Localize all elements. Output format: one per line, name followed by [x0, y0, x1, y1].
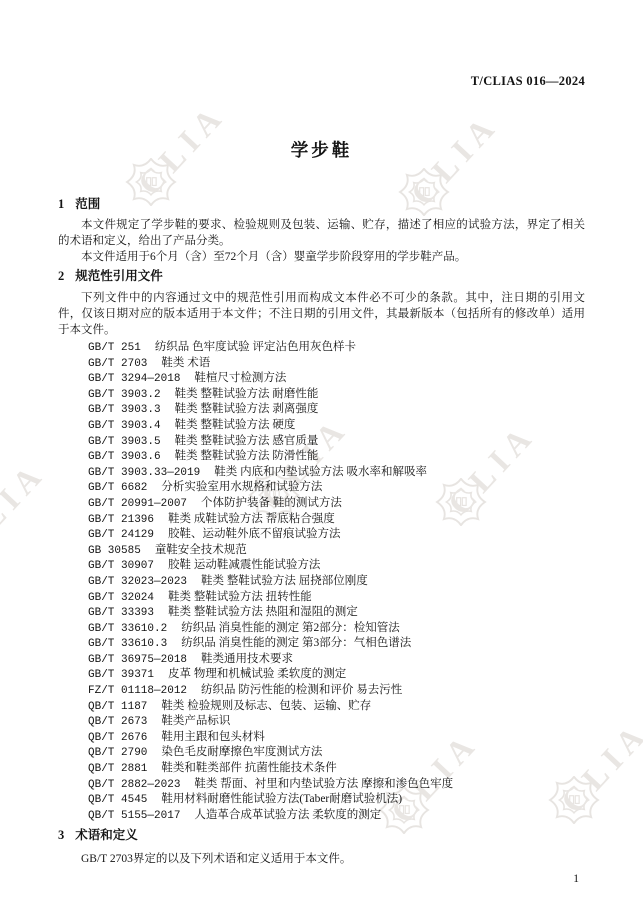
- scope-paragraph-1: 本文件规定了学步鞋的要求、检验规则及包装、运输、贮存，描述了相应的试验方法，界定…: [58, 217, 585, 249]
- reference-title: 人造革合成革试验方法 柔软度的测定: [194, 809, 381, 821]
- reference-item: GB/T 251纺织品 色牢度试验 评定沾色用灰色样卡: [88, 340, 585, 356]
- reference-title: 鞋类通用技术要求: [201, 653, 293, 665]
- reference-code: GB/T 32023—2023: [88, 576, 187, 588]
- section-number: 1: [58, 197, 64, 212]
- document-title: 学步鞋: [58, 139, 585, 161]
- references-list: GB/T 251纺织品 色牢度试验 评定沾色用灰色样卡 GB/T 2703鞋类 …: [58, 340, 585, 823]
- reference-title: 分析实验室用水规格和试验方法: [161, 481, 322, 493]
- reference-code: GB/T 24129: [88, 529, 154, 541]
- reference-code: GB/T 20991—2007: [88, 498, 187, 510]
- reference-item: GB/T 3903.5鞋类 整鞋试验方法 感官质量: [88, 434, 585, 450]
- reference-code: GB/T 3903.4: [88, 420, 161, 432]
- reference-item: GB 30585童鞋安全技术规范: [88, 543, 585, 559]
- reference-item: GB/T 24129胶鞋、运动鞋外底不留痕试验方法: [88, 527, 585, 543]
- reference-code: GB/T 30907: [88, 560, 154, 572]
- reference-code: GB/T 39371: [88, 669, 154, 681]
- section-heading-scope: 1范围: [58, 197, 585, 212]
- section-number: 3: [58, 828, 64, 843]
- reference-title: 鞋类 整鞋试验方法 热阻和湿阻的测定: [168, 606, 358, 618]
- reference-title: 鞋类 术语: [161, 357, 210, 369]
- reference-title: 染色毛皮耐摩擦色牢度测试方法: [161, 746, 322, 758]
- reference-title: 纺织品 消臭性能的测定 第3部分：气相色谱法: [181, 637, 411, 649]
- reference-item: GB/T 30907胶鞋 运动鞋减震性能试验方法: [88, 558, 585, 574]
- reference-title: 鞋类 整鞋试验方法 剥离强度: [175, 403, 319, 415]
- reference-code: FZ/T 01118—2012: [88, 685, 187, 697]
- page-number: 1: [58, 872, 585, 886]
- reference-title: 鞋类 成鞋试验方法 帮底粘合强度: [168, 513, 335, 525]
- reference-title: 纺织品 消臭性能的测定 第2部分：检知管法: [181, 622, 400, 634]
- terms-paragraph: GB/T 2703界定的以及下列术语和定义适用于本文件。: [58, 851, 585, 867]
- reference-code: GB/T 3903.6: [88, 451, 161, 463]
- reference-code: QB/T 1187: [88, 701, 147, 713]
- reference-title: 纺织品 防污性能的检测和评价 易去污性: [201, 684, 402, 696]
- reference-item: QB/T 2676鞋用主跟和包头材料: [88, 730, 585, 746]
- reference-code: GB/T 3903.33—2019: [88, 467, 200, 479]
- reference-item: FZ/T 01118—2012纺织品 防污性能的检测和评价 易去污性: [88, 683, 585, 699]
- reference-title: 皮革 物理和机械试验 柔软度的测定: [168, 668, 346, 680]
- reference-title: 鞋用主跟和包头材料: [161, 731, 265, 743]
- reference-item: GB/T 20991—2007个体防护装备 鞋的测试方法: [88, 496, 585, 512]
- reference-code: GB/T 3294—2018: [88, 373, 180, 385]
- reference-item: QB/T 1187鞋类 检验规则及标志、包装、运输、贮存: [88, 699, 585, 715]
- reference-item: GB/T 3903.2鞋类 整鞋试验方法 耐磨性能: [88, 387, 585, 403]
- reference-code: QB/T 5155—2017: [88, 810, 180, 822]
- reference-title: 个体防护装备 鞋的测试方法: [201, 497, 342, 509]
- section-title: 范围: [75, 197, 100, 212]
- reference-item: QB/T 4545鞋用材料耐磨性能试验方法(Taber耐磨试验机法): [88, 792, 585, 808]
- reference-item: GB/T 3903.6鞋类 整鞋试验方法 防滑性能: [88, 449, 585, 465]
- document-code: T/CLIAS 016—2024: [58, 0, 585, 89]
- section-title: 术语和定义: [75, 828, 138, 843]
- reference-item: QB/T 2882—2023鞋类 帮面、衬里和内垫试验方法 摩擦和渗色色牢度: [88, 777, 585, 793]
- reference-code: GB/T 3903.3: [88, 404, 161, 416]
- reference-title: 童鞋安全技术规范: [155, 544, 247, 556]
- normative-references-intro: 下列文件中的内容通过文中的规范性引用而构成文本件必不可少的条款。其中，注日期的引…: [58, 290, 585, 338]
- reference-code: GB/T 3903.2: [88, 389, 161, 401]
- reference-code: GB/T 36975—2018: [88, 654, 187, 666]
- reference-title: 鞋类和鞋类部件 抗菌性能技术条件: [161, 762, 336, 774]
- reference-item: GB/T 3294—2018鞋楦尺寸检测方法: [88, 371, 585, 387]
- reference-code: GB/T 33393: [88, 607, 154, 619]
- reference-item: GB/T 3903.4鞋类 整鞋试验方法 硬度: [88, 418, 585, 434]
- reference-code: GB/T 32024: [88, 592, 154, 604]
- scope-paragraph-2: 本文件适用于6个月（含）至72个月（含）婴童学步阶段穿用的学步鞋产品。: [58, 249, 585, 265]
- reference-item: QB/T 2673鞋类产品标识: [88, 714, 585, 730]
- reference-title: 鞋类 整鞋试验方法 感官质量: [175, 435, 319, 447]
- reference-title: 胶鞋、运动鞋外底不留痕试验方法: [168, 528, 341, 540]
- reference-code: QB/T 4545: [88, 794, 147, 806]
- reference-item: GB/T 3903.33—2019鞋类 内底和内垫试验方法 吸水率和解吸率: [88, 465, 585, 481]
- reference-item: GB/T 6682分析实验室用水规格和试验方法: [88, 480, 585, 496]
- reference-item: GB/T 3903.3鞋类 整鞋试验方法 剥离强度: [88, 402, 585, 418]
- reference-item: GB/T 33393鞋类 整鞋试验方法 热阻和湿阻的测定: [88, 605, 585, 621]
- reference-title: 鞋类 检验规则及标志、包装、运输、贮存: [161, 700, 371, 712]
- reference-title: 鞋类 整鞋试验方法 屈挠部位刚度: [201, 575, 368, 587]
- reference-title: 鞋类产品标识: [161, 715, 230, 727]
- reference-item: GB/T 2703鞋类 术语: [88, 356, 585, 372]
- reference-code: QB/T 2673: [88, 716, 147, 728]
- reference-title: 鞋类 帮面、衬里和内垫试验方法 摩擦和渗色色牢度: [194, 778, 453, 790]
- reference-title: 鞋楦尺寸检测方法: [194, 372, 286, 384]
- reference-code: QB/T 2882—2023: [88, 779, 180, 791]
- section-heading-terms: 3术语和定义: [58, 828, 585, 843]
- reference-code: GB/T 3903.5: [88, 436, 161, 448]
- reference-code: GB/T 251: [88, 342, 141, 354]
- reference-item: GB/T 32023—2023鞋类 整鞋试验方法 屈挠部位刚度: [88, 574, 585, 590]
- reference-code: QB/T 2790: [88, 747, 147, 759]
- reference-item: GB/T 21396鞋类 成鞋试验方法 帮底粘合强度: [88, 512, 585, 528]
- section-title: 规范性引用文件: [75, 269, 163, 284]
- reference-code: QB/T 2881: [88, 763, 147, 775]
- reference-code: GB/T 21396: [88, 514, 154, 526]
- document-page: T/CLIAS 016—2024 学步鞋 1范围 本文件规定了学步鞋的要求、检验…: [0, 0, 643, 886]
- reference-item: GB/T 33610.3纺织品 消臭性能的测定 第3部分：气相色谱法: [88, 636, 585, 652]
- reference-title: 鞋类 整鞋试验方法 扭转性能: [168, 591, 312, 603]
- reference-item: QB/T 2881鞋类和鞋类部件 抗菌性能技术条件: [88, 761, 585, 777]
- reference-code: GB/T 6682: [88, 482, 147, 494]
- reference-item: GB/T 32024鞋类 整鞋试验方法 扭转性能: [88, 590, 585, 606]
- reference-title: 鞋用材料耐磨性能试验方法(Taber耐磨试验机法): [161, 793, 402, 805]
- reference-item: GB/T 33610.2纺织品 消臭性能的测定 第2部分：检知管法: [88, 621, 585, 637]
- reference-code: GB/T 33610.2: [88, 623, 167, 635]
- section-heading-normative-references: 2规范性引用文件: [58, 269, 585, 284]
- reference-title: 胶鞋 运动鞋减震性能试验方法: [168, 559, 320, 571]
- reference-code: GB/T 33610.3: [88, 638, 167, 650]
- reference-title: 鞋类 内底和内垫试验方法 吸水率和解吸率: [214, 466, 427, 478]
- reference-title: 鞋类 整鞋试验方法 防滑性能: [175, 450, 319, 462]
- reference-title: 鞋类 整鞋试验方法 硬度: [175, 419, 296, 431]
- section-number: 2: [58, 269, 64, 284]
- reference-code: GB 30585: [88, 545, 141, 557]
- reference-item: QB/T 2790染色毛皮耐摩擦色牢度测试方法: [88, 745, 585, 761]
- reference-title: 纺织品 色牢度试验 评定沾色用灰色样卡: [155, 341, 356, 353]
- reference-item: GB/T 39371皮革 物理和机械试验 柔软度的测定: [88, 667, 585, 683]
- reference-item: GB/T 36975—2018鞋类通用技术要求: [88, 652, 585, 668]
- reference-item: QB/T 5155—2017人造革合成革试验方法 柔软度的测定: [88, 808, 585, 824]
- reference-title: 鞋类 整鞋试验方法 耐磨性能: [175, 388, 319, 400]
- reference-code: GB/T 2703: [88, 358, 147, 370]
- reference-code: QB/T 2676: [88, 732, 147, 744]
